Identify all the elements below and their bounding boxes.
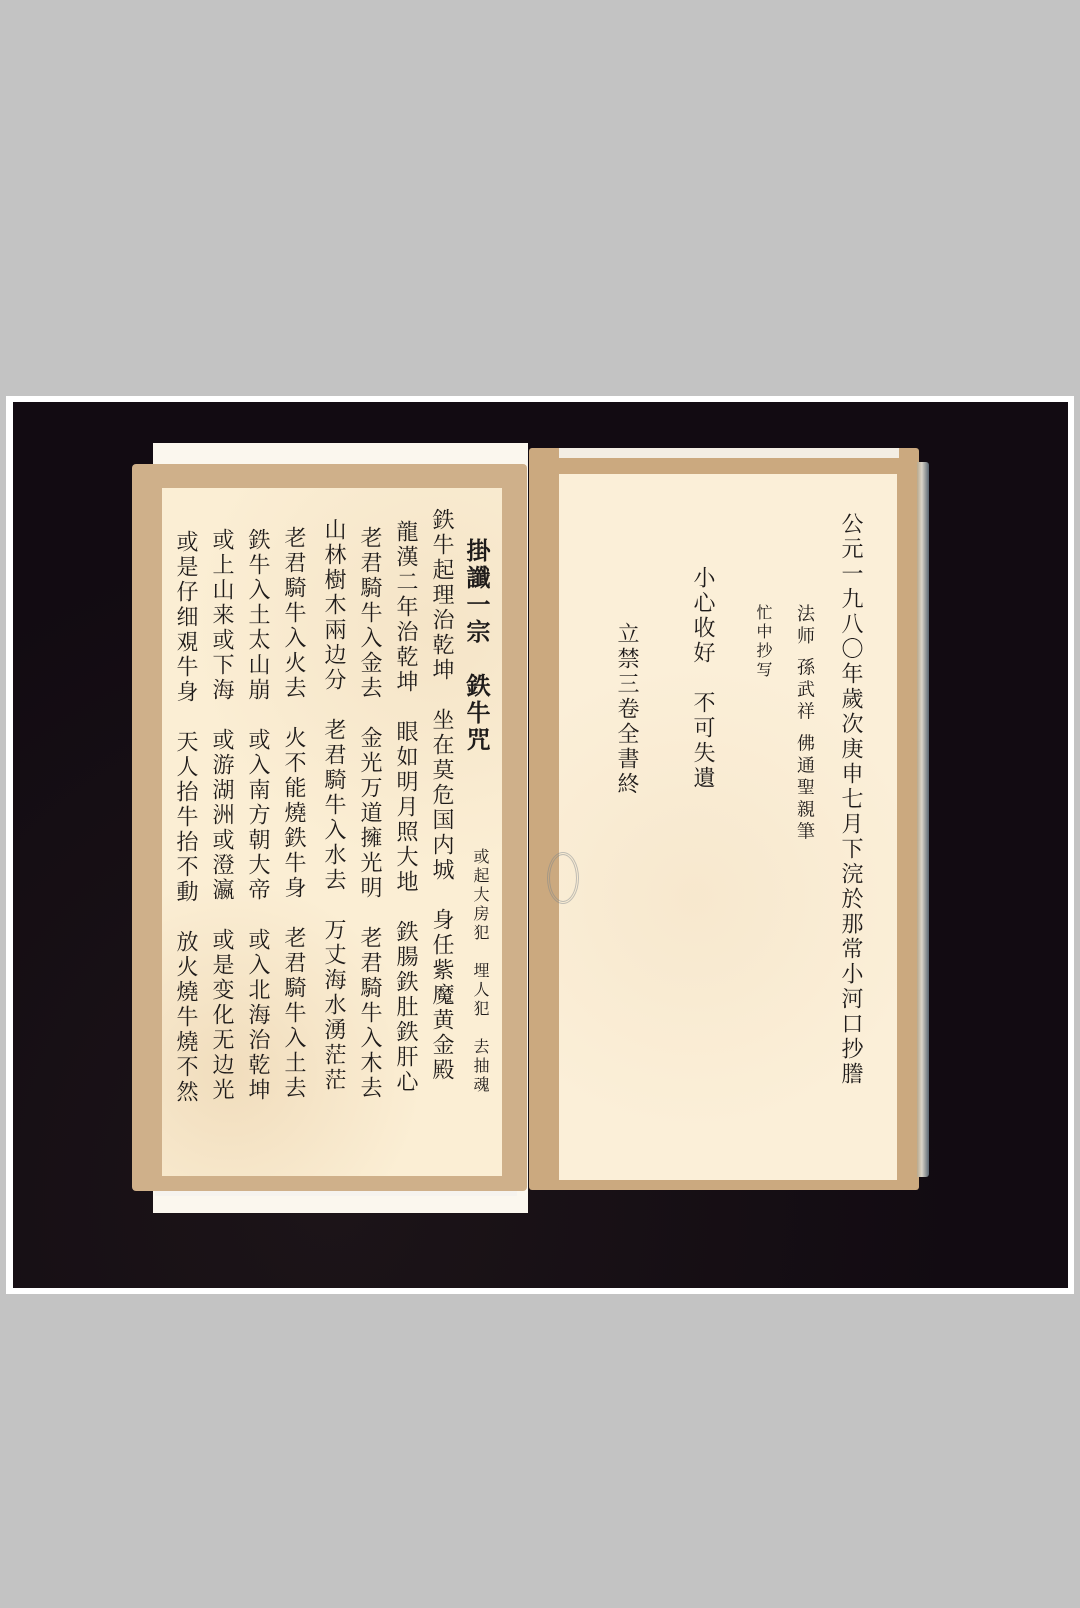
left-page-text-area: 掛讖一宗 鉄牛咒 或起大房犯 埋人犯 去抽魂 鉄牛起理治乾坤 坐在莫危国内城 身… [162, 488, 502, 1176]
manuscript-photo: 掛讖一宗 鉄牛咒 或起大房犯 埋人犯 去抽魂 鉄牛起理治乾坤 坐在莫危国内城 身… [13, 402, 1068, 1288]
right-col-note-hurried: 忙中抄写 [755, 604, 771, 680]
left-col-title: 掛讖一宗 鉄牛咒 [464, 538, 488, 754]
left-col-3: 龍漢二年治乾坤 眼如明月照大地 鉄腸鉄肚鉄肝心 [394, 520, 416, 1095]
left-col-8: 或上山来或下海 或游湖洲或澄瀛 或是变化无边光 [210, 528, 232, 1103]
page-stack-edge [917, 462, 929, 1177]
right-page-text-area: 公元一九八〇年歲次庚申七月下浣於那常小河口抄謄 法师 孫武祥 佛通聖親筆 忙中抄… [559, 474, 897, 1180]
right-page-top-strip [559, 448, 899, 458]
left-col-2: 鉄牛起理治乾坤 坐在莫危国内城 身任紫魔黄金殿 [430, 508, 452, 1083]
left-col-9: 或是仔细覌牛身 天人抬牛抬不動 放火燒牛燒不然 [174, 530, 196, 1105]
left-col-6: 老君騎牛入火去 火不能燒鉄牛身 老君騎牛入土去 [282, 526, 304, 1101]
right-col-scribe: 法师 孫武祥 佛通聖親筆 [795, 604, 813, 843]
photo-frame: 掛讖一宗 鉄牛咒 或起大房犯 埋人犯 去抽魂 鉄牛起理治乾坤 坐在莫危国内城 身… [6, 396, 1074, 1294]
right-page: 公元一九八〇年歲次庚申七月下浣於那常小河口抄謄 法师 孫武祥 佛通聖親筆 忙中抄… [529, 448, 919, 1190]
left-page: 掛讖一宗 鉄牛咒 或起大房犯 埋人犯 去抽魂 鉄牛起理治乾坤 坐在莫危国内城 身… [132, 464, 527, 1191]
left-col-4: 老君騎牛入金去 金光万道擁光明 老君騎牛入木去 [358, 526, 380, 1101]
left-col-7: 鉄牛入土太山崩 或入南方朝大帝 或入北海治乾坤 [246, 528, 268, 1103]
right-col-end-of-book: 立禁三卷全書終 [615, 622, 637, 797]
right-col-keep-safe: 小心收好 不可失遺 [691, 566, 713, 791]
seal-mark [547, 852, 579, 904]
right-col-colophon-date: 公元一九八〇年歲次庚申七月下浣於那常小河口抄謄 [839, 512, 861, 1087]
left-col-5: 山林樹木兩边分 老君騎牛入水去 万丈海水湧茫茫 [322, 518, 344, 1093]
left-col-1b: 或起大房犯 埋人犯 去抽魂 [472, 848, 488, 1095]
